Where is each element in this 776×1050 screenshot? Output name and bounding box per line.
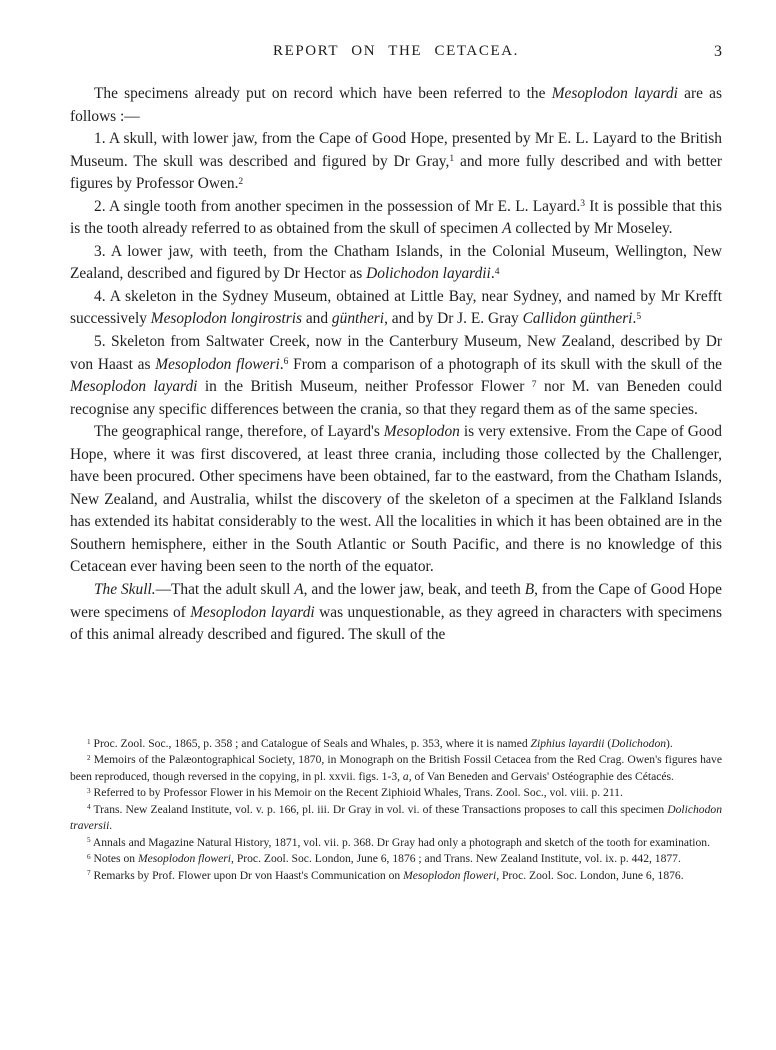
- page-header: REPORT ON THE CETACEA. 3: [70, 43, 722, 65]
- footnote-4: 4 Trans. New Zealand Institute, vol. v. …: [70, 802, 722, 835]
- body-paragraph-item-3: 3. A lower jaw, with teeth, from the Cha…: [70, 241, 722, 286]
- footnote-6: 6 Notes on Mesoplodon floweri, Proc. Zoo…: [70, 851, 722, 867]
- body-paragraph-item-5: 5. Skeleton from Saltwater Creek, now in…: [70, 331, 722, 421]
- running-title: REPORT ON THE CETACEA.: [70, 43, 722, 60]
- footnote-5: 5 Annals and Magazine Natural History, 1…: [70, 835, 722, 851]
- footnote-3: 3 Referred to by Professor Flower in his…: [70, 785, 722, 801]
- body-paragraph-item-1: 1. A skull, with lower jaw, from the Cap…: [70, 128, 722, 196]
- body-paragraph-range: The geographical range, therefore, of La…: [70, 421, 722, 579]
- footnote-2: 2 Memoirs of the Palæontographical Socie…: [70, 752, 722, 785]
- body-paragraph-item-2: 2. A single tooth from another specimen …: [70, 196, 722, 241]
- body-paragraph-the-skull: The Skull.—That the adult skull A, and t…: [70, 579, 722, 647]
- footnote-1: 1 Proc. Zool. Soc., 1865, p. 358 ; and C…: [70, 736, 722, 752]
- body-text: The specimens already put on record whic…: [70, 83, 722, 647]
- body-paragraph-item-4: 4. A skeleton in the Sydney Museum, obta…: [70, 286, 722, 331]
- page-number: 3: [714, 43, 722, 61]
- scanned-book-page: REPORT ON THE CETACEA. 3 The specimens a…: [0, 0, 776, 1050]
- footnote-7: 7 Remarks by Prof. Flower upon Dr von Ha…: [70, 868, 722, 884]
- footnotes: 1 Proc. Zool. Soc., 1865, p. 358 ; and C…: [70, 736, 722, 884]
- body-paragraph-intro: The specimens already put on record whic…: [70, 83, 722, 128]
